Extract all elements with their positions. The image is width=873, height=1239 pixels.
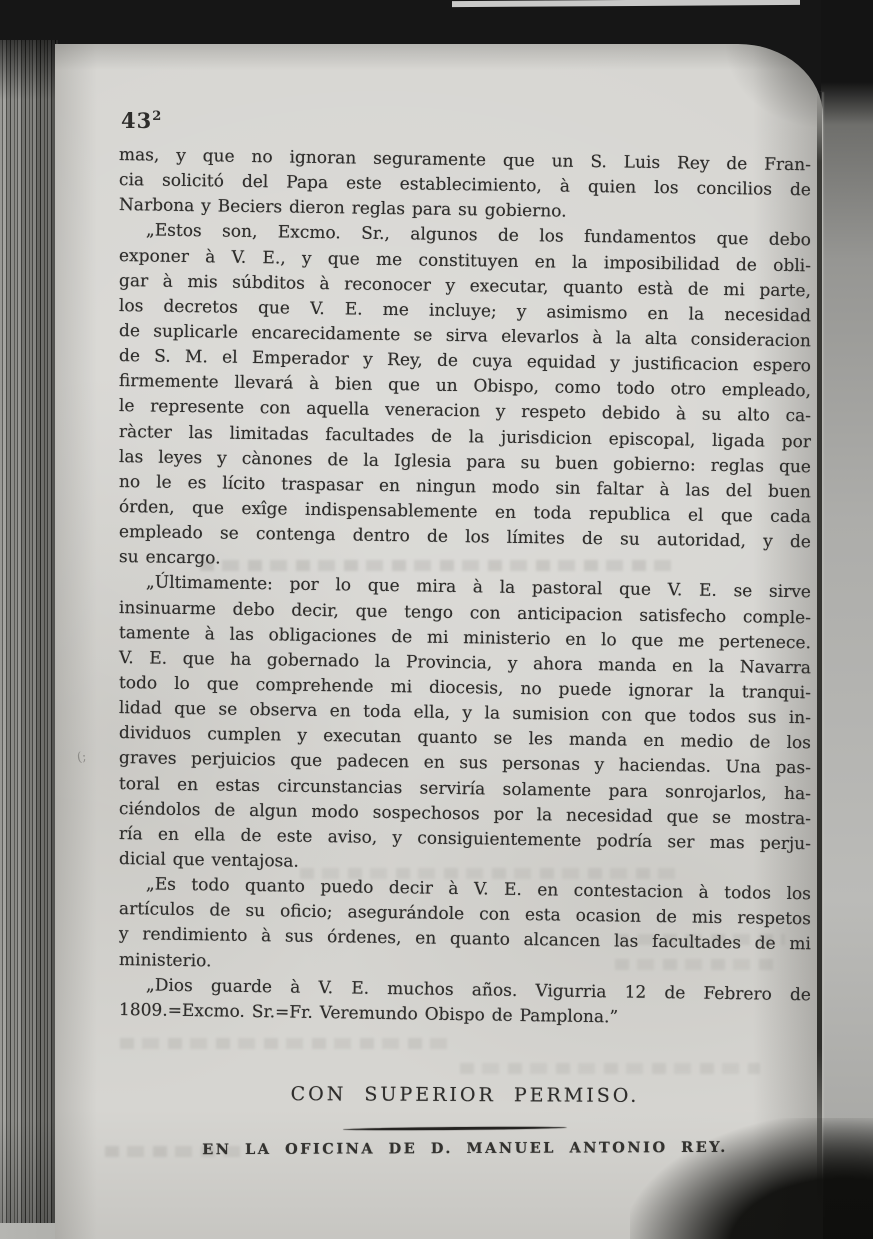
separator-rule	[343, 1126, 567, 1131]
page-number-superscript: 2	[152, 109, 162, 124]
bleedthrough-smudge	[460, 1063, 760, 1074]
margin-mark: (;	[76, 749, 87, 765]
gutter-crease	[817, 92, 822, 1217]
bleedthrough-smudge	[300, 868, 680, 879]
permission-line: CON SUPERIOR PERMISO.	[119, 1082, 811, 1108]
top-page-edge-sliver	[452, 0, 800, 7]
bleedthrough-smudge	[200, 560, 680, 571]
page-text: mas, y que no ignoran seguramente que un…	[119, 143, 811, 1023]
book-fore-edge-pages	[0, 40, 58, 1226]
bleedthrough-smudge	[615, 934, 785, 945]
bleedthrough-smudge	[120, 1038, 450, 1049]
binding-shadow	[630, 1118, 873, 1239]
bleedthrough-smudge	[615, 959, 775, 970]
scanned-page: 432 (; mas, y que no ignoran seguramente…	[55, 44, 823, 1239]
book-scan-photo: 432 (; mas, y que no ignoran seguramente…	[0, 0, 873, 1239]
page-number: 432	[121, 108, 162, 133]
page-number-main: 43	[121, 108, 152, 133]
facing-page-edge	[821, 0, 873, 1239]
